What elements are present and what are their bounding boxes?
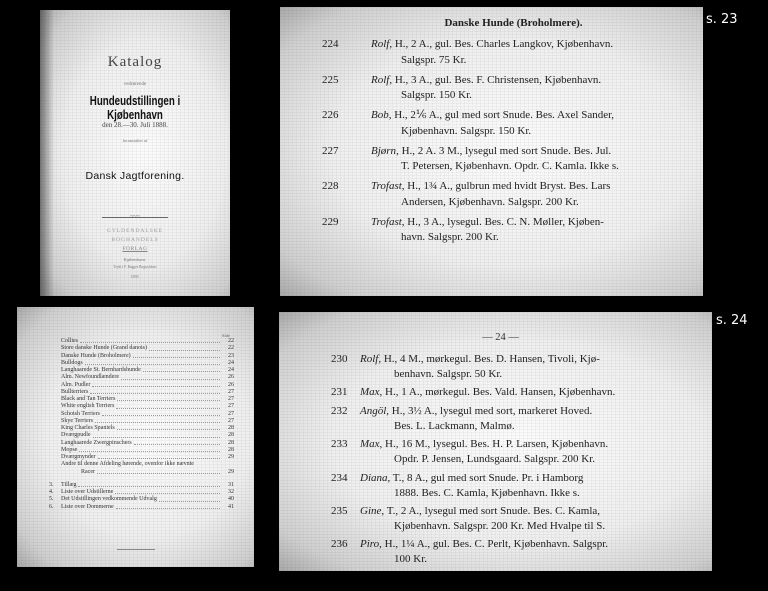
page-number: — 24 — [279, 332, 712, 343]
ornament-icon: ~~~ [40, 214, 230, 220]
toc-item-page: 22 [222, 338, 234, 345]
entry-details: , H., 3 A., gul. Bes. F. Christensen, Kj… [389, 74, 601, 86]
toc-item-page: 27 [222, 418, 234, 425]
toc-item: 6.Liste over Dommerne41 [61, 504, 234, 511]
toc-item-title: Det Udstillingen vedkommende Udvalg [61, 496, 157, 503]
entry-continuation: Salgspr. 150 Kr. [401, 88, 703, 104]
toc-item-page: 26 [222, 382, 234, 389]
page-23-scan: Danske Hunde (Broholmere). 224Rolf, H., … [280, 7, 703, 296]
entry-details: , H., 3 A., lysegul. Bes. C. N. Møller, … [402, 216, 604, 228]
entry-continuation: 100 Kr. [394, 552, 712, 567]
page-24-scan: — 24 — 230Rolf, H., 4 M., mørkegul. Bes.… [279, 312, 712, 571]
toc-item-page: 27 [222, 396, 234, 403]
entry-details: , T., 8 A., gul med sort Snude. Pr. i Ha… [388, 472, 584, 484]
entry-details: , H., 1¼ A., gul. Bes. C. Perlt, Kjøbenh… [379, 538, 608, 550]
catalog-entry: 229Trofast, H., 3 A., lysegul. Bes. C. N… [280, 215, 703, 246]
entry-number: 226 [322, 108, 362, 124]
toc-item-page: 23 [222, 353, 234, 360]
toc-item-page: 28 [222, 440, 234, 447]
dog-name: Trofast [371, 216, 402, 228]
catalog-entry: 231Max, H., 1 A., mørkegul. Bes. Vald. H… [279, 385, 712, 400]
publisher-line: BOGHANDELS [40, 237, 230, 243]
catalog-entry: 234Diana, T., 8 A., gul med sort Snude. … [279, 471, 712, 501]
entry-details: , H., 1¾ A., gulbrun med hvidt Bryst. Be… [402, 180, 611, 192]
toc-item-page: 28 [222, 425, 234, 432]
toc-item-page: 29 [222, 469, 234, 476]
toc-item: Dværgpudle28 [61, 432, 234, 439]
entry-number: 227 [322, 144, 362, 160]
toc-item-title: Skye Terriers [61, 418, 93, 425]
toc-item-title: Liste over Dommerne [61, 504, 114, 511]
dot-leader [98, 454, 220, 459]
toc-item: Racer29 [61, 469, 234, 476]
toc-item-page: 28 [222, 432, 234, 439]
toc-item-title: Black and Tan Terriers [61, 396, 115, 403]
entry-details: , H., 4 M., mørkegul. Bes. D. Hansen, Ti… [378, 353, 600, 365]
toc-item: Skye Terriers27 [61, 418, 234, 425]
dot-leader [80, 338, 220, 343]
dog-name: Gine [360, 505, 381, 517]
dot-leader [121, 374, 220, 379]
toc-item-page: 27 [222, 403, 234, 410]
toc-item: 5.Det Udstillingen vedkommende Udvalg40 [61, 496, 234, 503]
toc-item-page: 26 [222, 374, 234, 381]
entry-continuation: T. Petersen, Kjøbenhavn. Opdr. C. Kamla.… [401, 159, 703, 175]
cover-title: Katalog [40, 54, 230, 71]
toc-item-page: 22 [222, 345, 234, 352]
entry-number: 231 [331, 385, 361, 400]
dot-leader [159, 496, 220, 501]
table-of-contents-page: Side Collies22Store danske Hunde (Grand … [17, 307, 254, 567]
dot-leader [133, 353, 220, 358]
cover-subtitle: vedrørende [40, 82, 230, 87]
page-label-24: s. 24 [716, 313, 748, 328]
toc-item: White english Terriers27 [61, 403, 234, 410]
entry-number: 233 [331, 437, 361, 452]
toc-item-title: Bullterriers [61, 389, 88, 396]
toc-item: Danske Hunde (Broholmere)23 [61, 353, 234, 360]
dot-leader [116, 403, 220, 408]
catalog-entry: 228Trofast, H., 1¾ A., gulbrun med hvidt… [280, 179, 703, 210]
toc-item: Langhaarede Zwergpinschers28 [61, 440, 234, 447]
entry-details: , H., 1 A., mørkegul. Bes. Vald. Hansen,… [380, 386, 616, 398]
dog-name: Max [360, 438, 380, 450]
toc-item: Bullterriers27 [61, 389, 234, 396]
toc-item-page: 41 [222, 504, 234, 511]
page-label-23: s. 23 [706, 12, 738, 27]
cover-year: 1888. [40, 274, 230, 279]
entry-number: 236 [331, 537, 361, 552]
cover-printer: Trykt i F. Bagges Bogtrykkeri [40, 265, 230, 269]
entry-continuation: Andersen, Kjøbenhavn. Salgspr. 200 Kr. [401, 195, 703, 211]
entry-continuation: Kjøbenhavn. Salgspr. 200 Kr. Med Hvalpe … [394, 519, 712, 534]
toc-item-number: 3. [49, 482, 54, 489]
toc-item: Alm. Pudler26 [61, 382, 234, 389]
entry-continuation: Kjøbenhavn. Salgspr. 150 Kr. [401, 124, 703, 140]
entry-number: 232 [331, 404, 361, 419]
entry-continuation: 1888. Bes. C. Kamla, Kjøbenhavn. Ikke s. [394, 486, 712, 501]
end-rule [117, 549, 155, 550]
dog-name: Bjørn [371, 145, 396, 157]
dot-leader [134, 440, 220, 445]
toc-item-title: Racer [61, 469, 95, 476]
dot-leader [78, 482, 220, 487]
toc-item-page: 24 [222, 367, 234, 374]
entry-number: 229 [322, 215, 362, 231]
entry-number: 225 [322, 73, 362, 89]
dot-leader [95, 418, 220, 423]
dot-leader [92, 382, 220, 387]
toc-item-title: Andre til denne Afdeling hørende, ovenfo… [61, 461, 194, 468]
cover-organization: Dansk Jagtforening. [40, 170, 230, 182]
toc-item-page: 32 [222, 489, 234, 496]
toc-item-page: 27 [222, 389, 234, 396]
cover-arranged-by: foranstaltet af [40, 138, 230, 143]
toc-item-number: 6. [49, 504, 54, 511]
catalog-entry: 233Max, H., 16 M., lysegul. Bes. H. P. L… [279, 437, 712, 467]
toc-item: Mopse28 [61, 447, 234, 454]
toc-item-title: Langhaarede Zwergpinschers [61, 440, 132, 447]
toc-list: Collies22Store danske Hunde (Grand danoi… [61, 338, 234, 511]
section-heading: Danske Hunde (Broholmere). [280, 17, 703, 29]
toc-item: 4.Liste over Udstillerne32 [61, 489, 234, 496]
toc-item-title: Mopse [61, 447, 77, 454]
toc-item-title: White english Terriers [61, 403, 114, 410]
dot-leader [79, 447, 220, 452]
toc-item-title: King Charles Spaniels [61, 425, 115, 432]
dog-name: Max [360, 386, 380, 398]
cover-dates: den 28.—30. Juli 1888. [40, 121, 230, 129]
entry-details: , H., 2 A., gul. Bes. Charles Langkov, K… [389, 38, 613, 50]
dog-name: Trofast [371, 180, 402, 192]
toc-item: 3.Tillæg31 [61, 482, 234, 489]
dot-leader [116, 504, 220, 509]
catalog-cover-page: Katalog vedrørende Hundeudstillingen i K… [40, 10, 230, 296]
entry-number: 230 [331, 352, 361, 367]
catalog-entry: 227Bjørn, H., 2 A. 3 M., lysegul med sor… [280, 144, 703, 175]
catalog-entry: 235Gine, T., 2 A., lysegul med sort Snud… [279, 504, 712, 534]
entry-continuation: benhavn. Salgspr. 50 Kr. [394, 367, 712, 382]
dot-leader [85, 360, 220, 365]
entry-continuation: Bes. L. Lackmann, Malmø. [394, 419, 712, 434]
dot-leader [97, 469, 220, 474]
toc-item-page: 31 [222, 482, 234, 489]
toc-item: Andre til denne Afdeling hørende, ovenfo… [61, 461, 234, 468]
toc-item-number: 4. [49, 489, 54, 496]
dot-leader [115, 489, 220, 494]
toc-item-title: Alm. Pudler [61, 382, 90, 389]
toc-item-title: Alm. Newfoundlændere [61, 374, 119, 381]
toc-item-page: 40 [222, 496, 234, 503]
toc-item-title: Liste over Udstillerne [61, 489, 113, 496]
dog-name: Rolf [371, 38, 389, 50]
toc-item: King Charles Spaniels28 [61, 425, 234, 432]
dot-leader [149, 345, 220, 350]
dog-name: Piro [360, 538, 379, 550]
entry-number: 228 [322, 179, 362, 195]
dog-name: Rolf [371, 74, 389, 86]
toc-item-title: Store danske Hunde (Grand danois) [61, 345, 147, 352]
dog-name: Rolf [360, 353, 378, 365]
dog-name: Diana [360, 472, 388, 484]
toc-item-title: Schotsh Terriers [61, 411, 100, 418]
toc-item-title: Tillæg [61, 482, 76, 489]
dot-leader [117, 425, 220, 430]
toc-item: Schotsh Terriers27 [61, 411, 234, 418]
entry-number: 234 [331, 471, 361, 486]
toc-item-title: Dværgpudle [61, 432, 91, 439]
toc-item-page: 27 [222, 411, 234, 418]
cover-place: Kjøbenhavn. [40, 257, 230, 262]
toc-item-page: 28 [222, 447, 234, 454]
toc-item-title: Bulldogs [61, 360, 83, 367]
catalog-entry: 224Rolf, H., 2 A., gul. Bes. Charles Lan… [280, 37, 703, 68]
toc-item-page: 29 [222, 454, 234, 461]
toc-item-title: Danske Hunde (Broholmere) [61, 353, 131, 360]
entry-number: 235 [331, 504, 361, 519]
entry-number: 224 [322, 37, 362, 53]
entry-details: , H., 2⅙ A., gul med sort Snude. Bes. Ax… [389, 109, 614, 121]
dot-leader [117, 396, 220, 401]
entry-continuation: Salgspr. 75 Kr. [401, 53, 703, 69]
catalog-entry: 230Rolf, H., 4 M., mørkegul. Bes. D. Han… [279, 352, 712, 382]
toc-item-number: 5. [49, 496, 54, 503]
dot-leader [90, 389, 220, 394]
publisher-line: GYLDENDALSKE [40, 228, 230, 234]
dog-name: Angöl [360, 405, 386, 417]
entry-details: , H., 16 M., lysegul. Bes. H. P. Larsen,… [380, 438, 609, 450]
dot-leader [93, 432, 220, 437]
toc-item: Black and Tan Terriers27 [61, 396, 234, 403]
entry-list: 230Rolf, H., 4 M., mørkegul. Bes. D. Han… [279, 352, 712, 571]
entry-details: , T., 2 A., lysegul med sort Snude. Bes.… [381, 505, 600, 517]
entry-continuation: Opdr. P. Jensen, Lundsgaard. Salgspr. 20… [394, 452, 712, 467]
entry-continuation: havn. Salgspr. 200 Kr. [401, 230, 703, 246]
publisher-line: FORLAG [40, 246, 230, 252]
dot-leader [102, 411, 220, 416]
catalog-entry: 225Rolf, H., 3 A., gul. Bes. F. Christen… [280, 73, 703, 104]
toc-item: Alm. Newfoundlændere26 [61, 374, 234, 381]
entry-details: , H., 2 A. 3 M., lysegul med sort Snude.… [396, 145, 611, 157]
toc-item: Store danske Hunde (Grand danois)22 [61, 345, 234, 352]
dog-name: Bob [371, 109, 389, 121]
entry-list: 224Rolf, H., 2 A., gul. Bes. Charles Lan… [280, 37, 703, 250]
toc-item: Bulldogs24 [61, 360, 234, 367]
catalog-entry: 236Piro, H., 1¼ A., gul. Bes. C. Perlt, … [279, 537, 712, 567]
catalog-entry: 232Angöl, H., 3½ A., lysegul med sort, m… [279, 404, 712, 434]
catalog-entry: 226Bob, H., 2⅙ A., gul med sort Snude. B… [280, 108, 703, 139]
dot-leader [143, 367, 220, 372]
cover-main-title: Hundeudstillingen i Kjøbenhavn [61, 94, 209, 122]
toc-item-page: 24 [222, 360, 234, 367]
entry-details: , H., 3½ A., lysegul med sort, markeret … [386, 405, 592, 417]
